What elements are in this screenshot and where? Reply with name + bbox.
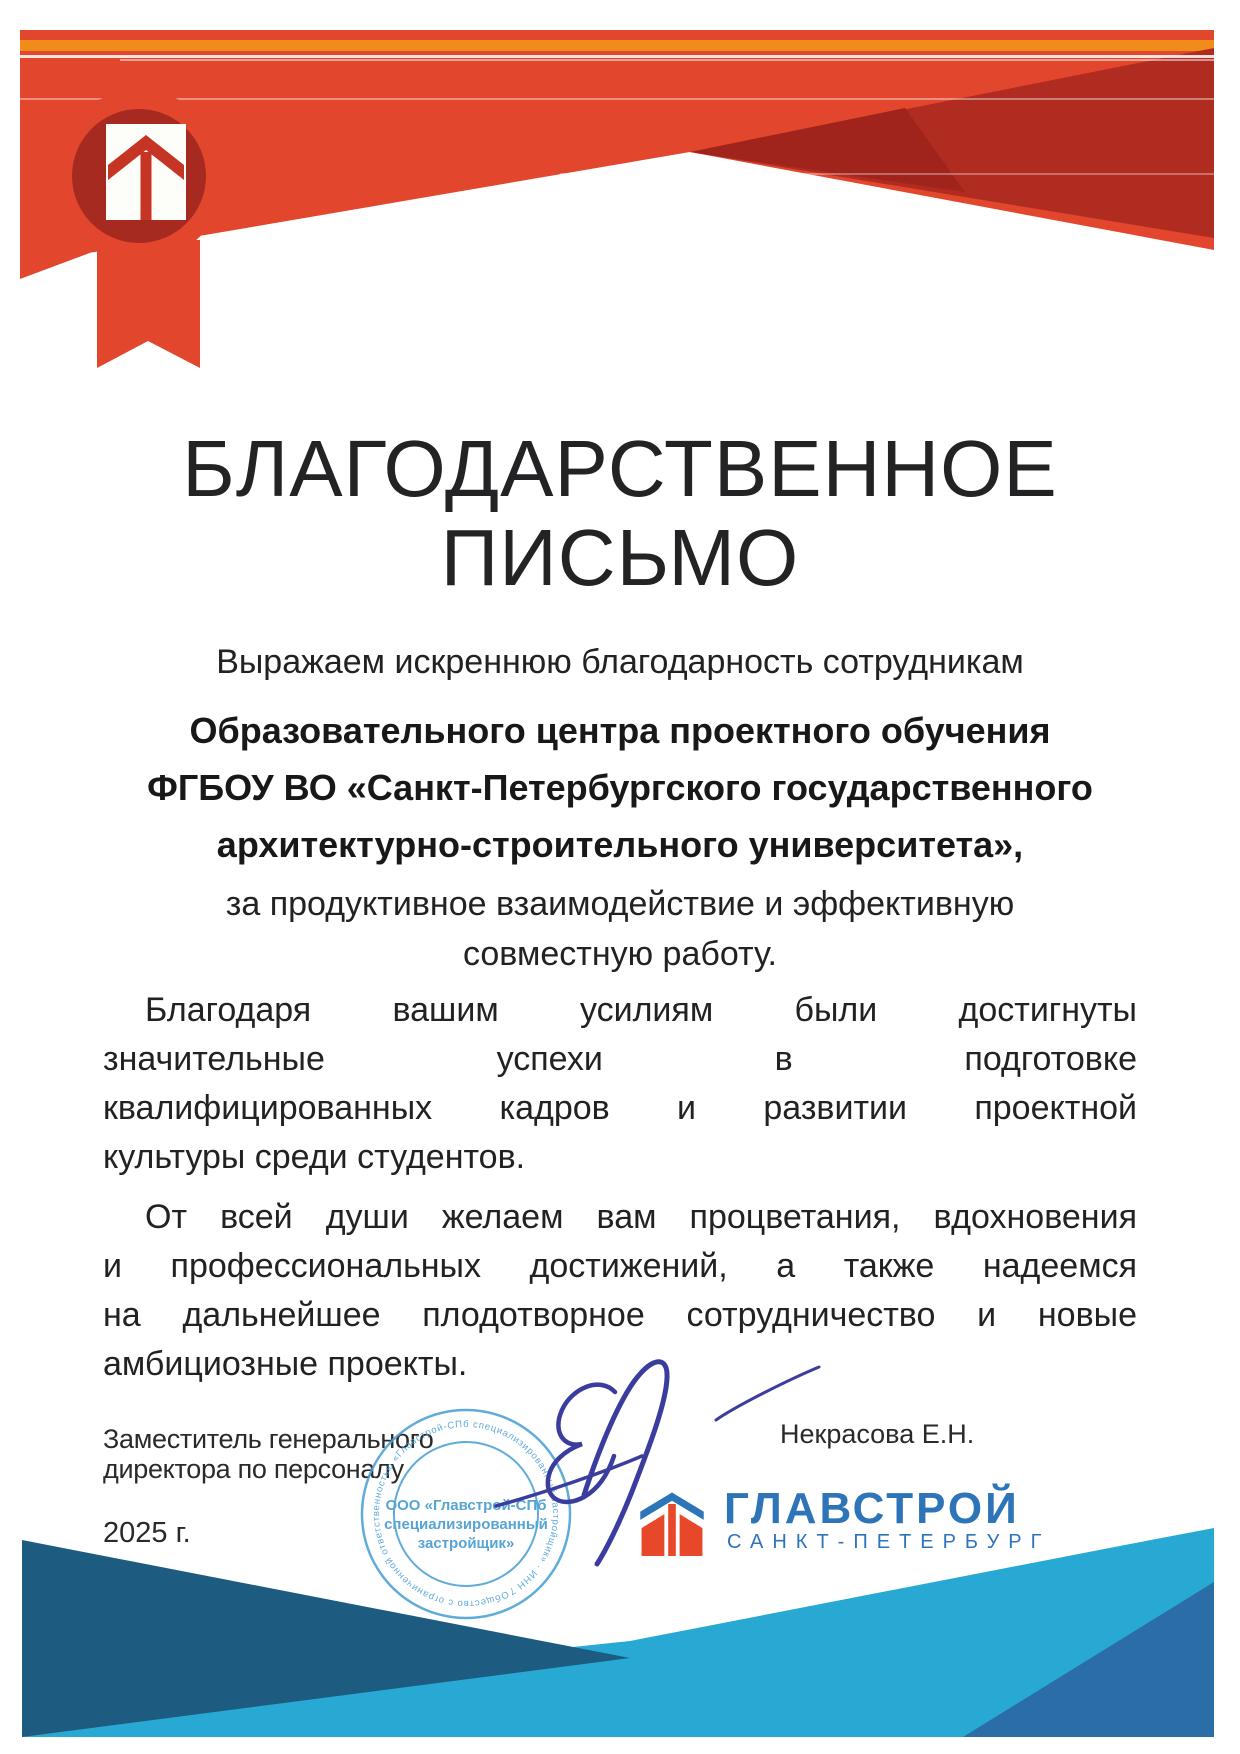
recipient-line3: архитектурно-строительного университета»…: [50, 816, 1190, 873]
scan-streak: [20, 98, 1214, 100]
ribbon-banner: [0, 0, 1240, 400]
paragraph-2-line: От всей души желаем вам процветания, вдо…: [103, 1193, 1137, 1242]
house-stem: [141, 152, 152, 220]
recipient-line2: ФГБОУ ВО «Санкт-Петербургского государст…: [50, 759, 1190, 816]
paragraph-1: Благодаря вашим усилиям были достигнуты …: [103, 986, 1137, 1182]
logo-stem: [668, 1504, 676, 1556]
scan-streak: [20, 55, 1214, 58]
scan-streak: [20, 305, 440, 307]
certificate-page: БЛАГОДАРСТВЕННОЕ ПИСЬМО Выражаем искренн…: [0, 0, 1240, 1754]
scan-streak: [120, 59, 1214, 61]
signature-slash-stroke: [716, 1367, 819, 1420]
handwritten-signature: [440, 1340, 860, 1600]
logo-brand-text: ГЛАВСТРОЙ: [724, 1484, 1020, 1534]
paragraph-1-line: значительные успехи в подготовке: [103, 1035, 1137, 1084]
recipient-block: Образовательного центра проектного обуче…: [50, 702, 1190, 873]
page-title-line1: БЛАГОДАРСТВЕННОЕ: [0, 424, 1240, 513]
paragraph-1-line: культуры среди студентов.: [103, 1133, 1137, 1182]
reason-line2: совместную работу.: [0, 929, 1240, 979]
scan-streak: [560, 173, 1214, 175]
reason-line1: за продуктивное взаимодействие и эффекти…: [0, 879, 1240, 929]
page-title-line2: ПИСЬМО: [0, 513, 1240, 602]
logo-left-panel: [642, 1514, 665, 1556]
logo-right-panel: [680, 1514, 703, 1556]
page-title: БЛАГОДАРСТВЕННОЕ ПИСЬМО: [0, 424, 1240, 602]
year-label: 2025 г.: [103, 1517, 191, 1550]
paragraph-2-line: на дальнейшее плодотворное сотрудничеств…: [103, 1291, 1137, 1340]
reason-block: за продуктивное взаимодействие и эффекти…: [0, 879, 1240, 979]
signature-strike-stroke: [496, 1456, 642, 1506]
paragraph-1-line: квалифицированных кадров и развитии прое…: [103, 1084, 1137, 1133]
banner-orange-stripe: [20, 40, 1214, 51]
recipient-line1: Образовательного центра проектного обуче…: [50, 702, 1190, 759]
intro-line: Выражаем искреннюю благодарность сотрудн…: [0, 643, 1240, 682]
glavstroy-logo-icon: [640, 1490, 704, 1556]
paragraph-2-line: и профессиональных достижений, а также н…: [103, 1242, 1137, 1291]
paragraph-1-line: Благодаря вашим усилиям были достигнуты: [103, 986, 1137, 1035]
logo-city-text: САНКТ-ПЕТЕРБУРГ: [727, 1531, 1050, 1554]
